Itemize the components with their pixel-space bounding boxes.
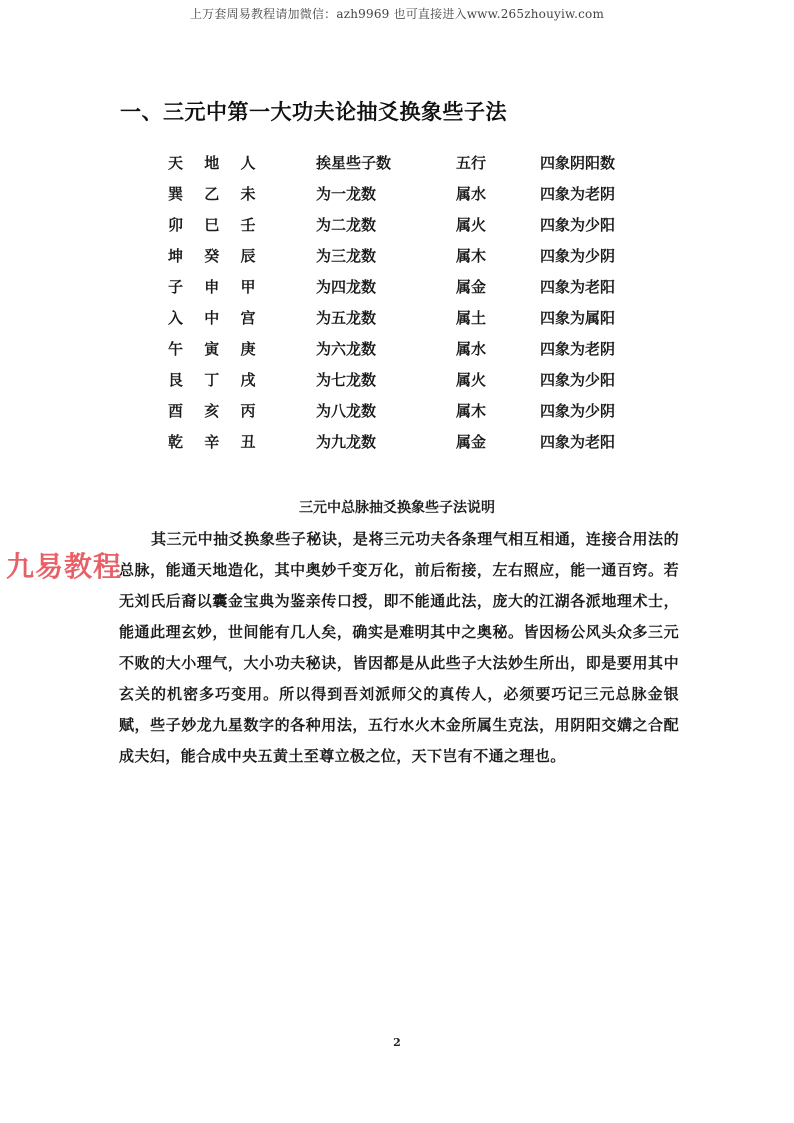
table-row: 艮 丁 戌 为七龙数 属火 四象为少阳 [168, 369, 668, 400]
table-row: 巽 乙 未 为一龙数 属水 四象为老阴 [168, 183, 668, 214]
cell-sixiang: 四象为少阳 [540, 369, 615, 390]
cell-element: 属火 [456, 369, 486, 390]
table-row: 乾 辛 丑 为九龙数 属金 四象为老阳 [168, 431, 668, 462]
cell-element: 属金 [456, 431, 486, 452]
cell-sixiang: 四象为属阳 [540, 307, 615, 328]
cell-dragon-number: 为六龙数 [316, 338, 376, 359]
cell-sixiang: 四象为老阴 [540, 183, 615, 204]
cell-sixiang: 四象为老阳 [540, 431, 615, 452]
cell-dragon-number: 为八龙数 [316, 400, 376, 421]
table-row: 坤 癸 辰 为三龙数 属木 四象为少阴 [168, 245, 668, 276]
cell-element: 属水 [456, 338, 486, 359]
cell-sixiang: 四象为老阳 [540, 276, 615, 297]
cell-sixiang: 四象为少阴 [540, 400, 615, 421]
cell-mountains: 乾 辛 丑 [168, 431, 263, 452]
cell-mountains: 坤 癸 辰 [168, 245, 263, 266]
page-number: 2 [0, 1036, 794, 1049]
watermark-logo: 九易教程 [6, 545, 122, 585]
header-tiandiren: 天 地 人 [168, 152, 263, 173]
cell-dragon-number: 为四龙数 [316, 276, 376, 297]
cell-mountains: 子 申 甲 [168, 276, 263, 297]
cell-mountains: 卯 巳 壬 [168, 214, 263, 235]
header-aixing: 挨星些子数 [316, 152, 391, 173]
table-row: 入 中 宫 为五龙数 属土 四象为属阳 [168, 307, 668, 338]
cell-element: 属金 [456, 276, 486, 297]
header-sixiang: 四象阴阳数 [540, 152, 615, 173]
table-header-row: 天 地 人 挨星些子数 五行 四象阴阳数 [168, 152, 668, 183]
table-row: 酉 亥 丙 为八龙数 属木 四象为少阴 [168, 400, 668, 431]
cell-element: 属火 [456, 214, 486, 235]
cell-mountains: 巽 乙 未 [168, 183, 263, 204]
cell-element: 属土 [456, 307, 486, 328]
cell-dragon-number: 为九龙数 [316, 431, 376, 452]
cell-sixiang: 四象为老阴 [540, 338, 615, 359]
cell-sixiang: 四象为少阴 [540, 245, 615, 266]
cell-mountains: 酉 亥 丙 [168, 400, 263, 421]
top-banner: 上万套周易教程请加微信：azh9969 也可直接进入www.265zhouyiw… [0, 5, 794, 22]
cell-sixiang: 四象为少阳 [540, 214, 615, 235]
header-wuxing: 五行 [456, 152, 486, 173]
cell-dragon-number: 为三龙数 [316, 245, 376, 266]
cell-mountains: 午 寅 庚 [168, 338, 263, 359]
cell-dragon-number: 为五龙数 [316, 307, 376, 328]
cell-element: 属水 [456, 183, 486, 204]
cell-dragon-number: 为一龙数 [316, 183, 376, 204]
page-title: 一、三元中第一大功夫论抽爻换象些子法 [120, 96, 507, 126]
dragon-number-table: 天 地 人 挨星些子数 五行 四象阴阳数 巽 乙 未 为一龙数 属水 四象为老阴… [168, 152, 668, 462]
cell-dragon-number: 为二龙数 [316, 214, 376, 235]
cell-mountains: 艮 丁 戌 [168, 369, 263, 390]
cell-element: 属木 [456, 400, 486, 421]
cell-mountains: 入 中 宫 [168, 307, 263, 328]
explanation-paragraph: 其三元中抽爻换象些子秘诀，是将三元功夫各条理气相互相通，连接合用法的总脉，能通天… [119, 524, 679, 772]
cell-dragon-number: 为七龙数 [316, 369, 376, 390]
table-row: 卯 巳 壬 为二龙数 属火 四象为少阳 [168, 214, 668, 245]
section-title: 三元中总脉抽爻换象些子法说明 [0, 497, 794, 517]
table-row: 午 寅 庚 为六龙数 属水 四象为老阴 [168, 338, 668, 369]
table-row: 子 申 甲 为四龙数 属金 四象为老阳 [168, 276, 668, 307]
cell-element: 属木 [456, 245, 486, 266]
